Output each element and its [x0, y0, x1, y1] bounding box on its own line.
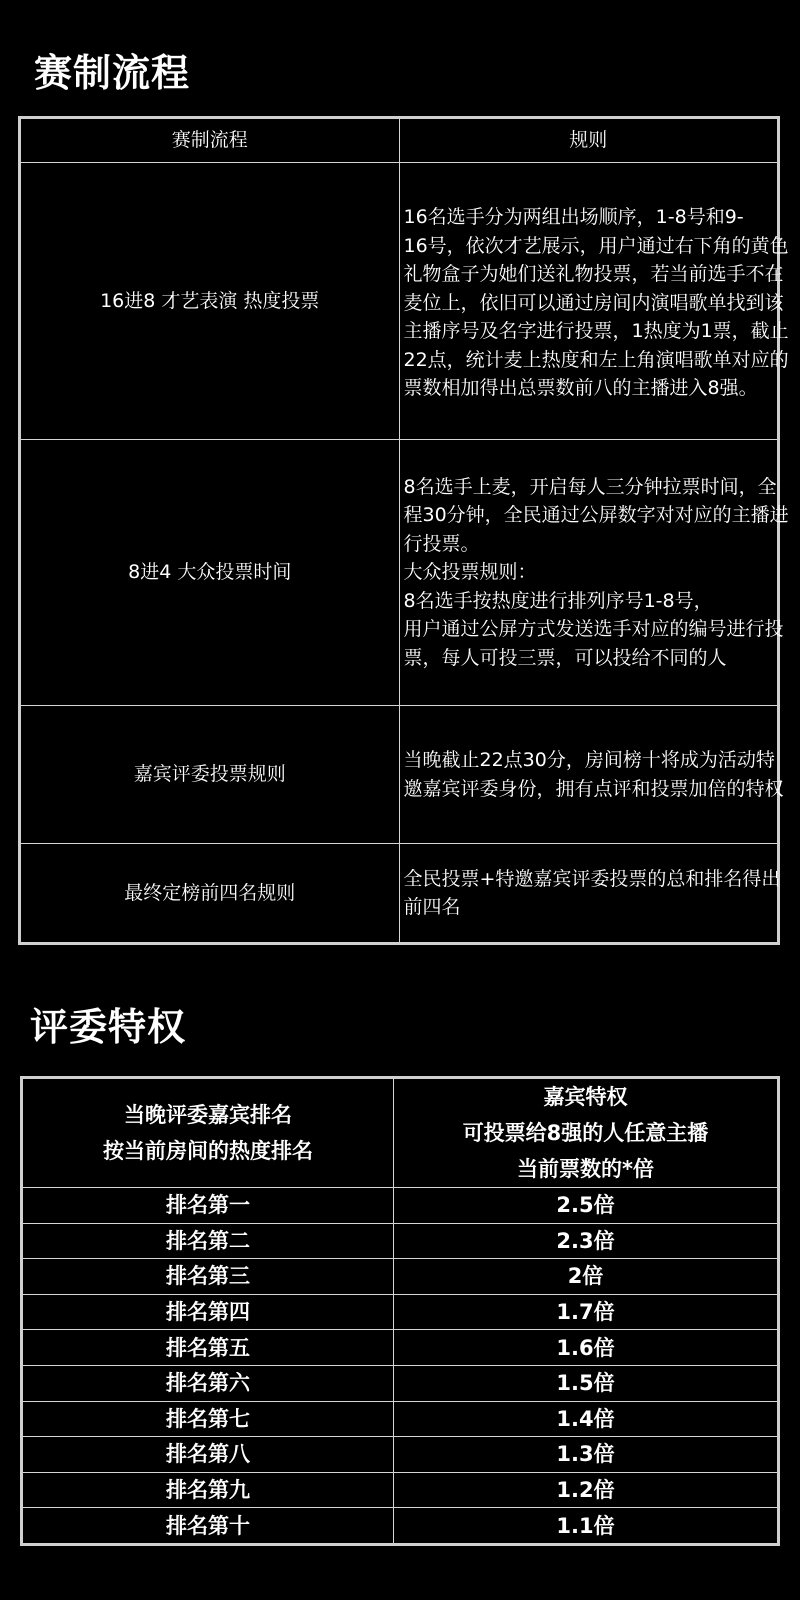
- section-title-competition-process: 赛制流程: [34, 42, 190, 97]
- stage-cell: 8进4 大众投票时间: [20, 440, 400, 706]
- table-row: 排名第五1.6倍: [22, 1330, 779, 1366]
- header-stage: 赛制流程: [20, 118, 400, 163]
- table-row: 排名第十1.1倍: [22, 1508, 779, 1545]
- rank-cell: 排名第三: [22, 1259, 394, 1295]
- competition-rules-table: 赛制流程 规则 16进8 才艺表演 热度投票 16名选手分为两组出场顺序，1-8…: [18, 116, 780, 945]
- header-guest-privilege: 嘉宾特权 可投票给8强的人任意主播 当前票数的*倍: [394, 1078, 779, 1188]
- table-row: 排名第七1.4倍: [22, 1401, 779, 1437]
- section-title-judge-privileges: 评委特权: [30, 996, 186, 1051]
- table-header-row: 赛制流程 规则: [20, 118, 779, 163]
- rule-cell: 16名选手分为两组出场顺序，1-8号和9- 16号，依次才艺展示，用户通过右下角…: [399, 163, 779, 440]
- multiplier-cell: 1.4倍: [394, 1401, 779, 1437]
- table-header-row: 当晚评委嘉宾排名 按当前房间的热度排名 嘉宾特权 可投票给8强的人任意主播 当前…: [22, 1078, 779, 1188]
- rule-line: 前四名: [404, 893, 774, 922]
- header-judge-ranking: 当晚评委嘉宾排名 按当前房间的热度排名: [22, 1078, 394, 1188]
- rank-cell: 排名第一: [22, 1188, 394, 1224]
- multiplier-cell: 2倍: [394, 1259, 779, 1295]
- rule-line: 22点，统计麦上热度和左上角演唱歌单对应的: [404, 346, 774, 375]
- multiplier-cell: 1.3倍: [394, 1437, 779, 1473]
- multiplier-cell: 1.6倍: [394, 1330, 779, 1366]
- rank-cell: 排名第七: [22, 1401, 394, 1437]
- table-row: 排名第八1.3倍: [22, 1437, 779, 1473]
- multiplier-cell: 1.1倍: [394, 1508, 779, 1545]
- multiplier-cell: 1.7倍: [394, 1294, 779, 1330]
- table-row: 排名第二2.3倍: [22, 1223, 779, 1259]
- rule-line: 行投票。: [404, 530, 774, 559]
- rank-cell: 排名第六: [22, 1365, 394, 1401]
- rule-cell: 当晚截止22点30分，房间榜十将成为活动特 邀嘉宾评委身份，拥有点评和投票加倍的…: [399, 706, 779, 844]
- table-row: 排名第一2.5倍: [22, 1188, 779, 1224]
- header-line: 可投票给8强的人任意主播: [394, 1115, 777, 1151]
- rank-cell: 排名第九: [22, 1472, 394, 1508]
- rule-line: 全民投票+特邀嘉宾评委投票的总和排名得出: [404, 865, 774, 894]
- judge-privilege-table: 当晚评委嘉宾排名 按当前房间的热度排名 嘉宾特权 可投票给8强的人任意主播 当前…: [20, 1076, 780, 1546]
- multiplier-cell: 2.3倍: [394, 1223, 779, 1259]
- header-rule: 规则: [399, 118, 779, 163]
- table-row: 排名第三2倍: [22, 1259, 779, 1295]
- header-line: 当前票数的*倍: [394, 1151, 777, 1187]
- rule-line: 主播序号及名字进行投票，1热度为1票，截止: [404, 317, 774, 346]
- stage-cell: 嘉宾评委投票规则: [20, 706, 400, 844]
- rule-line: 票数相加得出总票数前八的主播进入8强。: [404, 374, 774, 403]
- rule-cell: 8名选手上麦，开启每人三分钟拉票时间，全 程30分钟，全民通过公屏数字对对应的主…: [399, 440, 779, 706]
- rank-cell: 排名第二: [22, 1223, 394, 1259]
- header-line: 嘉宾特权: [394, 1079, 777, 1115]
- multiplier-cell: 1.2倍: [394, 1472, 779, 1508]
- header-line: 当晚评委嘉宾排名: [23, 1097, 393, 1133]
- rule-line: 当晚截止22点30分，房间榜十将成为活动特: [404, 746, 774, 775]
- rank-cell: 排名第四: [22, 1294, 394, 1330]
- table-row: 16进8 才艺表演 热度投票 16名选手分为两组出场顺序，1-8号和9- 16号…: [20, 163, 779, 440]
- table-row: 排名第四1.7倍: [22, 1294, 779, 1330]
- table-row: 8进4 大众投票时间 8名选手上麦，开启每人三分钟拉票时间，全 程30分钟，全民…: [20, 440, 779, 706]
- rank-cell: 排名第十: [22, 1508, 394, 1545]
- stage-cell: 16进8 才艺表演 热度投票: [20, 163, 400, 440]
- table-row: 排名第九1.2倍: [22, 1472, 779, 1508]
- table-row: 排名第六1.5倍: [22, 1365, 779, 1401]
- rank-cell: 排名第五: [22, 1330, 394, 1366]
- rule-line: 16名选手分为两组出场顺序，1-8号和9-: [404, 203, 774, 232]
- stage-cell: 最终定榜前四名规则: [20, 844, 400, 944]
- rule-line: 邀嘉宾评委身份，拥有点评和投票加倍的特权: [404, 775, 774, 804]
- rank-cell: 排名第八: [22, 1437, 394, 1473]
- rule-cell: 全民投票+特邀嘉宾评委投票的总和排名得出 前四名: [399, 844, 779, 944]
- rule-line: 麦位上，依旧可以通过房间内演唱歌单找到该: [404, 289, 774, 318]
- rule-line: 8名选手按热度进行排列序号1-8号，: [404, 587, 774, 616]
- rule-line: 用户通过公屏方式发送选手对应的编号进行投: [404, 615, 774, 644]
- header-line: 按当前房间的热度排名: [23, 1133, 393, 1169]
- rule-line: 礼物盒子为她们送礼物投票，若当前选手不在: [404, 260, 774, 289]
- rule-line: 8名选手上麦，开启每人三分钟拉票时间，全: [404, 473, 774, 502]
- table-row: 最终定榜前四名规则 全民投票+特邀嘉宾评委投票的总和排名得出 前四名: [20, 844, 779, 944]
- rule-line: 大众投票规则：: [404, 558, 774, 587]
- table-row: 嘉宾评委投票规则 当晚截止22点30分，房间榜十将成为活动特 邀嘉宾评委身份，拥…: [20, 706, 779, 844]
- rule-line: 票，每人可投三票，可以投给不同的人: [404, 644, 774, 673]
- page: 赛制流程 赛制流程 规则 16进8 才艺表演 热度投票 16名选手分为两组出场顺…: [0, 0, 800, 1600]
- rule-line: 16号，依次才艺展示，用户通过右下角的黄色: [404, 232, 774, 261]
- rule-line: 程30分钟，全民通过公屏数字对对应的主播进: [404, 501, 774, 530]
- multiplier-cell: 1.5倍: [394, 1365, 779, 1401]
- multiplier-cell: 2.5倍: [394, 1188, 779, 1224]
